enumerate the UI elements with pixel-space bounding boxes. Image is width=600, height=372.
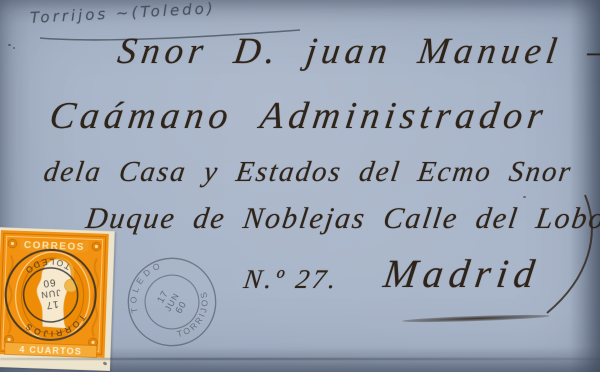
city-underline-flourish [402, 313, 550, 323]
postmark-datestamp-ring: TOLEDO TORRIJOS 17 JUN 60 [124, 254, 220, 350]
envelope-photo: Torrijos ~(Toledo) Snor D. juan Manuel —… [0, 0, 600, 372]
address-line-4: Duque de Noblejas Calle del Lobo [84, 202, 600, 236]
postmark-datestamp: TOLEDO TORRIJOS 17 JUN 60 [124, 254, 220, 350]
stamp-country-label: CORREOS [24, 240, 85, 253]
address-city: Madrid [381, 250, 544, 297]
ink-speck [13, 47, 15, 49]
address-line-3: dela Casa y Estados del Ecmo Snor [42, 156, 575, 189]
postage-stamp: CORREOS 4 CUARTOS [0, 227, 115, 371]
stamp-value-label: 4 CUARTOS [19, 344, 82, 356]
address-house-number: N.º 27. [242, 264, 341, 295]
stamp-art: CORREOS 4 CUARTOS [0, 227, 115, 371]
fold-crease [0, 358, 600, 360]
ink-speck [523, 196, 526, 198]
pencil-annotation: Torrijos ~(Toledo) [30, 0, 216, 27]
pen-flourish [535, 192, 597, 320]
ink-speck [8, 44, 11, 46]
address-line-2: Caámano Administrador [47, 94, 550, 138]
address-line-1: Snor D. juan Manuel — [115, 30, 600, 73]
stamp-cancel-year: 60 [42, 276, 57, 289]
